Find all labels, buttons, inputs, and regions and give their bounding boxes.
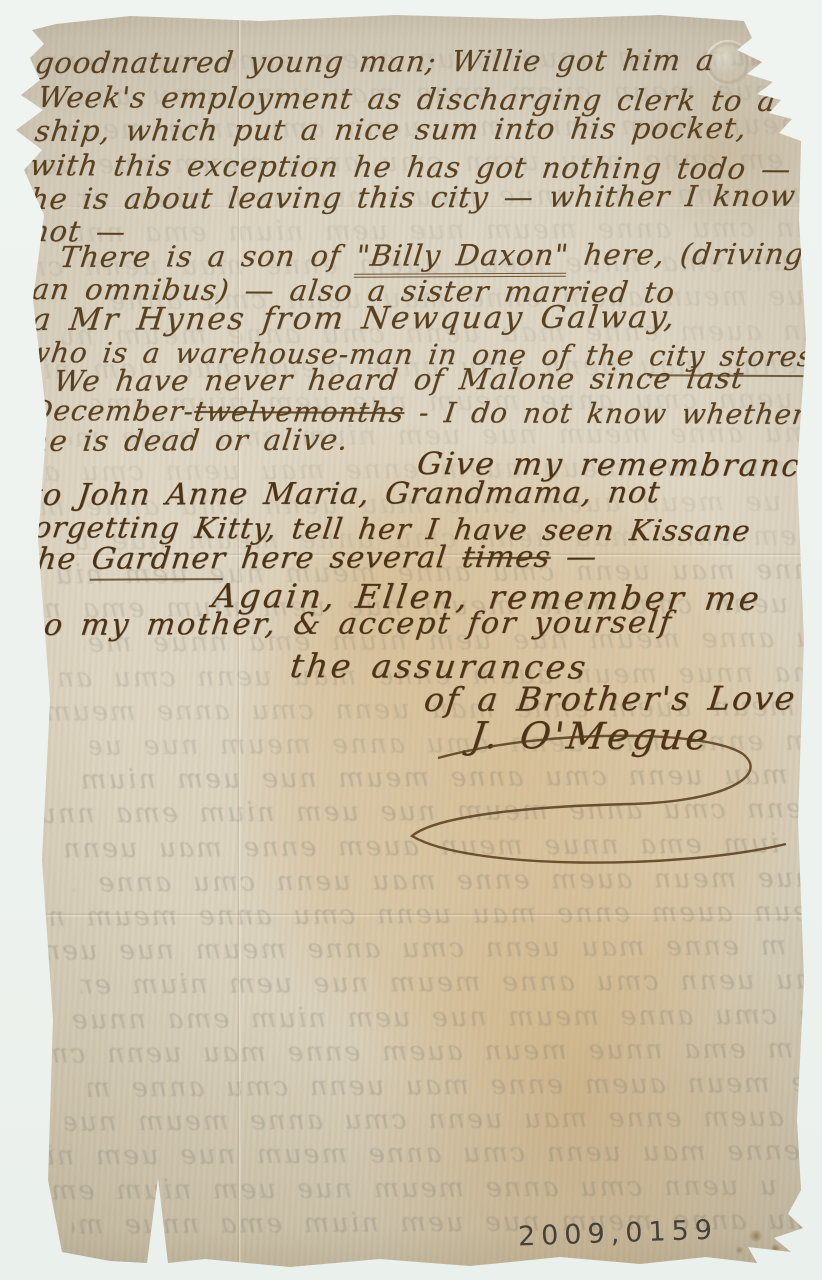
line-text: We have never heard of Malone since last [52,361,746,398]
letter-line: the Gardner here several times — [22,540,599,577]
letter-line: We have never heard of Malone since last [52,361,746,398]
letter-line: There is a son of "Billy Daxon" here, (d… [58,237,806,274]
letter-line: he is dead or alive. [28,423,351,458]
line-text: - I do not know whether [402,396,808,431]
stain-spot [748,1230,764,1242]
letter-line: a Mr Hynes from Newquay Galway, [30,299,678,338]
stain-spot [790,1236,800,1245]
underlined-phrase: "Billy Daxon" [354,238,571,278]
line-text: to my mother, & accept for yourself [28,605,675,643]
line-text: he is dead or alive. [28,423,351,458]
signature-flourish [378,728,798,888]
letter-line: ship, which put a nice sum into his pock… [33,111,749,148]
line-text: goodnatured young man; Willie got him a [33,43,717,80]
line-text: ship, which put a nice sum into his pock… [33,111,749,148]
line-text: here, (driving [567,237,807,272]
letter-line: to my mother, & accept for yourself [28,605,675,643]
underlined-phrase: Gardner [89,541,228,581]
scan-background: nium ema nnue meun auem enne mau uenn cm… [0,0,822,1280]
line-text: to John Anne Maria, Grandmama, not [28,475,662,513]
line-text: he is about leaving this city — whither … [28,179,798,216]
letter-line: goodnatured young man; Willie got him a [33,43,717,80]
line-text: the [22,542,94,577]
letter-line: he is about leaving this city — whither … [28,179,798,216]
line-text: — [548,540,599,575]
line-text: a Mr Hynes from Newquay Galway, [30,299,678,338]
struck-phrase: times [460,540,552,575]
stain-spot [770,1244,781,1253]
letter-text: goodnatured young man; Willie got him a … [0,0,822,1280]
letter-line: to John Anne Maria, Grandmama, not [28,475,662,513]
stain-spot [748,52,770,68]
stain-spot [735,1246,744,1254]
paper-sheet: nium ema nnue meun auem enne mau uenn cm… [0,0,822,1280]
line-text: here several [224,540,465,576]
line-text: There is a son of [58,239,358,274]
letter-line: of a Brother's Love [422,678,799,719]
line-text: of a Brother's Love [422,678,799,719]
